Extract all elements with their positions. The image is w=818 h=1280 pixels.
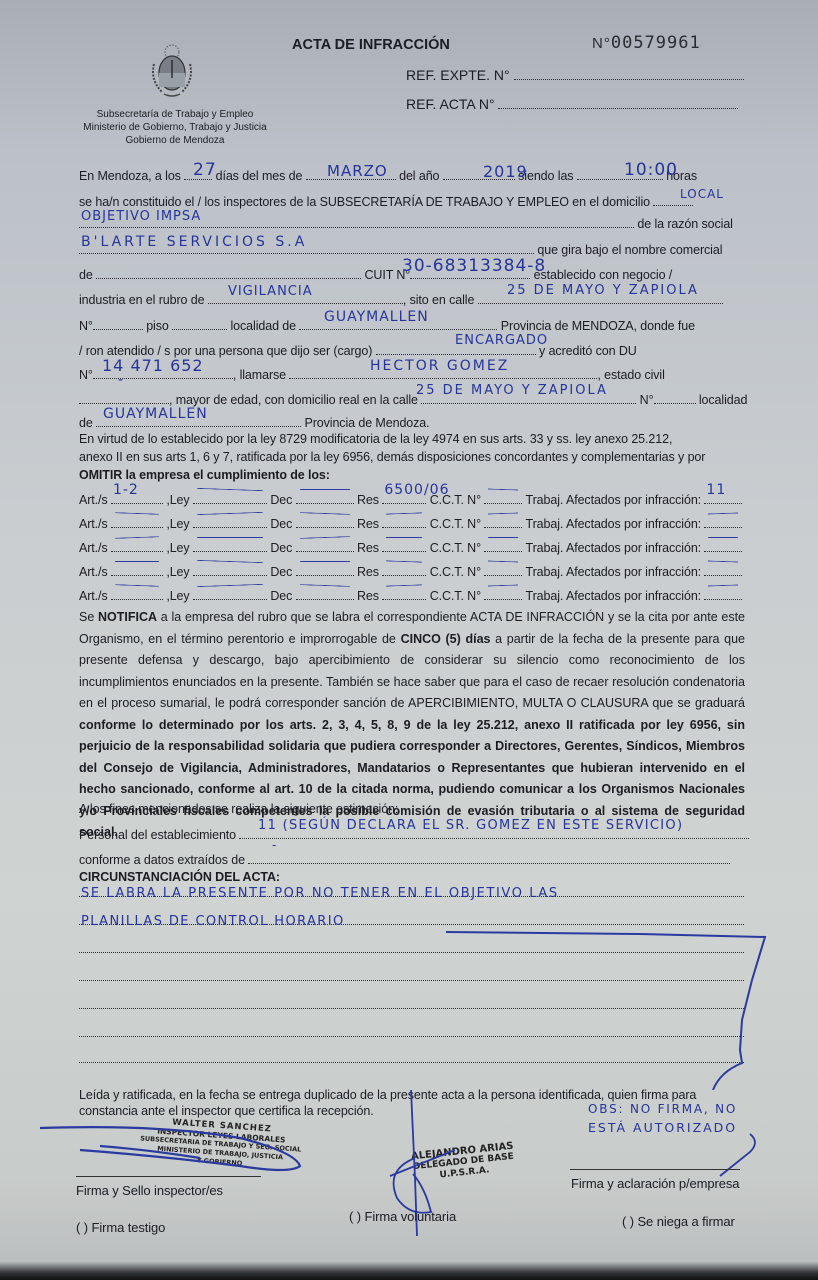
year-value[interactable]: 2019	[483, 162, 528, 181]
company-signature-line	[570, 1169, 740, 1170]
dec-field[interactable]	[296, 563, 354, 579]
company-signature-label: Firma y aclaración p/empresa	[571, 1176, 739, 1191]
cct-field[interactable]	[484, 563, 522, 579]
month-value[interactable]: MARZO	[327, 162, 388, 180]
label-localidad-real: localidad	[699, 393, 747, 407]
label-fuente: conforme a datos extraídos de	[79, 853, 245, 867]
label-personal: Personal del establecimiento	[79, 828, 236, 842]
notice-part-a: Se	[79, 610, 98, 624]
trabaj-field[interactable]	[704, 515, 742, 531]
domicilio-value-2[interactable]: OBJETIVO IMPSA	[81, 209, 201, 224]
label-res: Res	[357, 565, 379, 579]
label-nombre-comercial: que gira bajo el nombre comercial	[537, 243, 722, 257]
label-trabaj: Trabaj. Afectados por infracción:	[526, 565, 702, 579]
label-calle: , sito en calle	[403, 293, 474, 307]
domicilio-value-1[interactable]: LOCAL	[680, 187, 724, 201]
infraction-row: Art./s ,Ley Dec Res C.C.T. N° Trabaj. Af…	[79, 563, 742, 579]
pen-dash-mark	[197, 537, 263, 538]
label-cct: C.C.T. N°	[430, 589, 481, 603]
infraction-row: Art./s ,Ley Dec Res C.C.T. N° Trabaj. Af…	[79, 587, 742, 603]
label-a-los: En Mendoza, a los	[79, 169, 181, 183]
pen-dash-mark	[488, 537, 518, 538]
label-localidad: localidad de	[230, 319, 296, 333]
trabaj-field[interactable]: 11	[704, 491, 742, 507]
nombre-value[interactable]: HECTOR GOMEZ	[370, 358, 509, 374]
pen-dash-mark	[300, 489, 350, 490]
label-dec: Dec	[270, 565, 292, 579]
label-cct: C.C.T. N°	[430, 517, 481, 531]
cuit-line: de CUIT N° establecido con negocio /	[79, 266, 672, 282]
notice-part-b: NOTIFICA	[98, 610, 157, 624]
org-line-3: Gobierno de Mendoza	[70, 134, 280, 147]
ref-expte-label: REF. EXPTE. N°	[406, 67, 510, 83]
label-numero: N°	[79, 319, 93, 333]
label-res: Res	[357, 517, 379, 531]
ref-acta-field[interactable]: REF. ACTA N°	[406, 96, 738, 112]
dec-field[interactable]	[296, 491, 354, 507]
res-field[interactable]: 6500/06	[382, 491, 426, 507]
page-title: ACTA DE INFRACCIÓN	[292, 37, 450, 53]
label-ley: ,Ley	[166, 589, 189, 603]
ley-field[interactable]	[193, 539, 267, 555]
serial-value: 00579961	[611, 33, 701, 53]
label-llamarse: , llamarse	[233, 368, 286, 382]
cct-field[interactable]	[484, 491, 522, 507]
option-se-niega[interactable]: ( ) Se niega a firmar	[622, 1214, 735, 1229]
estado-civil-value[interactable]: -	[118, 372, 124, 388]
ley-field[interactable]	[193, 587, 267, 603]
trabaj-field[interactable]	[704, 563, 742, 579]
infraction-row: Art./s ,Ley Dec Res C.C.T. N° Trabaj. Af…	[79, 515, 742, 531]
arts-field[interactable]	[111, 515, 163, 531]
page-edge-shadow	[0, 1262, 818, 1280]
res-field[interactable]	[382, 563, 426, 579]
serial-prefix: N°	[592, 35, 611, 52]
label-trabaj: Trabaj. Afectados por infracción:	[526, 517, 702, 531]
option-firma-voluntaria[interactable]: ( ) Firma voluntaria	[349, 1209, 456, 1224]
serial-number: N°00579961	[592, 33, 701, 53]
label-razon-social: de la razón social	[637, 217, 732, 231]
cct-field[interactable]	[484, 515, 522, 531]
infraction-row: Art./s 1-2 ,Ley Dec Res 6500/06 C.C.T. N…	[79, 491, 742, 507]
label-res: Res	[357, 589, 379, 603]
cargo-value[interactable]: ENCARGADO	[455, 333, 548, 348]
label-trabaj: Trabaj. Afectados por infracción:	[526, 541, 702, 555]
res-field[interactable]	[382, 539, 426, 555]
trabaj-field[interactable]	[704, 539, 742, 555]
dec-field[interactable]	[296, 515, 354, 531]
label-provincia: Provincia de MENDOZA, donde fue	[501, 319, 695, 333]
localidad-real-value[interactable]: GUAYMALLEN	[103, 406, 208, 422]
label-de: de	[79, 268, 93, 282]
label-du: y acreditó con DU	[539, 344, 637, 358]
label-constituido: se ha/n constituido el / los inspectores…	[79, 195, 650, 209]
constitution-line: se ha/n constituido el / los inspectores…	[79, 193, 693, 209]
label-arts: Art./s	[79, 541, 108, 555]
arts-field[interactable]	[111, 563, 163, 579]
label-ley: ,Ley	[166, 541, 189, 555]
label-mayor-edad: , mayor de edad, con domicilio real en l…	[169, 393, 418, 407]
label-dec: Dec	[270, 517, 292, 531]
razon-social-value[interactable]: B'LARTE SERVICIOS S.A	[81, 234, 307, 250]
label-ley: ,Ley	[166, 493, 189, 507]
day-value[interactable]: 27	[193, 160, 217, 180]
inspector-signature-label: Firma y Sello inspector/es	[76, 1183, 223, 1198]
calle-value[interactable]: 25 DE MAYO Y ZAPIOLA	[507, 283, 699, 298]
label-du-numero: N°	[79, 368, 93, 382]
ley-field[interactable]	[193, 563, 267, 579]
label-arts: Art./s	[79, 589, 108, 603]
org-line-2: Ministerio de Gobierno, Trabajo y Justic…	[70, 121, 280, 134]
trabaj-field[interactable]	[704, 587, 742, 603]
coat-of-arms-icon	[148, 42, 196, 98]
label-domicilio-numero: N°	[640, 393, 654, 407]
label-dias: días del mes de	[216, 169, 303, 183]
time-value[interactable]: 10:00	[624, 160, 678, 180]
label-dec: Dec	[270, 493, 292, 507]
circumstance-text-2[interactable]: PLANILLAS DE CONTROL HORARIO	[81, 914, 345, 929]
circumstances-heading: CIRCUNSTANCIACIÓN DEL ACTA:	[79, 870, 280, 884]
pen-dash-mark	[708, 537, 738, 538]
ref-acta-label: REF. ACTA N°	[406, 96, 495, 112]
label-estado-civil: , estado civil	[597, 368, 664, 382]
label-trabaj: Trabaj. Afectados por infracción:	[526, 589, 702, 603]
dec-field[interactable]	[296, 539, 354, 555]
ley-field[interactable]	[193, 491, 267, 507]
label-arts: Art./s	[79, 517, 108, 531]
legal-text-2: anexo II en sus arts 1, 6 y 7, ratificad…	[79, 450, 705, 464]
fuente-line: conforme a datos extraídos de	[79, 851, 730, 867]
inspector-signature	[40, 1116, 310, 1176]
label-cct: C.C.T. N°	[430, 541, 481, 555]
pen-observation-stroke	[700, 1130, 780, 1180]
pen-dash-mark	[115, 561, 159, 562]
organization-name: Subsecretaría de Trabajo y Empleo Minist…	[70, 108, 280, 147]
trabaj-value: 11	[706, 482, 726, 498]
fuente-value[interactable]: -	[272, 838, 277, 852]
option-firma-testigo[interactable]: ( ) Firma testigo	[76, 1220, 165, 1235]
pen-dash-mark	[300, 561, 350, 562]
label-arts: Art./s	[79, 565, 108, 579]
notice-part-f: CINCO (5) días	[401, 632, 491, 646]
label-provincia-mendoza: Provincia de Mendoza.	[304, 416, 429, 430]
arts-field[interactable]	[111, 587, 163, 603]
label-res: Res	[357, 541, 379, 555]
res-field[interactable]	[382, 587, 426, 603]
legal-text-3: OMITIR la empresa el cumplimiento de los…	[79, 468, 330, 482]
infraction-row: Art./s ,Ley Dec Res C.C.T. N° Trabaj. Af…	[79, 539, 742, 555]
circumstances-heading-text: CIRCUNSTANCIACIÓN DEL ACTA:	[79, 870, 280, 884]
res-field[interactable]	[382, 515, 426, 531]
domicilio-real-value[interactable]: 25 DE MAYO Y ZAPIOLA	[416, 383, 608, 398]
arts-field[interactable]: 1-2	[111, 491, 163, 507]
label-dec: Dec	[270, 541, 292, 555]
legal-text-3-content: OMITIR la empresa el cumplimiento de los…	[79, 468, 330, 482]
label-anio: del año	[399, 169, 439, 183]
pen-closing-stroke	[340, 920, 780, 1090]
label-de-localidad: de	[79, 416, 93, 430]
cuit-value[interactable]: 30-68313384-8	[402, 256, 546, 276]
arts-field[interactable]	[111, 539, 163, 555]
cct-field[interactable]	[484, 539, 522, 555]
label-piso: piso	[146, 319, 169, 333]
date-line: En Mendoza, a los días del mes de del añ…	[79, 167, 697, 183]
observation-line-1[interactable]: OBS: NO FIRMA, NO	[588, 1102, 737, 1116]
notice-part-c: a la empresa del rubro que se labra el c…	[157, 610, 470, 624]
estimation-intro: A los fines mencionados se realiza la si…	[79, 802, 398, 816]
label-dec: Dec	[270, 589, 292, 603]
org-line-1: Subsecretaría de Trabajo y Empleo	[70, 108, 280, 121]
label-ley: ,Ley	[166, 517, 189, 531]
label-arts: Art./s	[79, 493, 108, 507]
pen-dash-mark	[386, 537, 422, 538]
cct-field[interactable]	[484, 587, 522, 603]
label-rubro: industria en el rubro de	[79, 293, 204, 307]
ref-expte-field[interactable]: REF. EXPTE. N°	[406, 67, 744, 83]
label-establecido: establecido con negocio /	[534, 268, 673, 282]
arts-value: 1-2	[113, 482, 139, 498]
res-value: 6500/06	[384, 482, 449, 498]
label-cct: C.C.T. N°	[430, 565, 481, 579]
personal-value[interactable]: 11 (SEGÚN DECLARA EL SR. GOMEZ EN ESTE S…	[258, 818, 683, 833]
inspector-signature-line	[76, 1176, 261, 1177]
ley-field[interactable]	[193, 515, 267, 531]
label-trabaj: Trabaj. Afectados por infracción:	[526, 493, 702, 507]
notice-part-d: ACTA DE INFRACCIÓN	[470, 610, 604, 624]
circumstance-text-1[interactable]: SE LABRA LA PRESENTE POR NO TENER EN EL …	[81, 886, 559, 901]
domicilio-real-line: , mayor de edad, con domicilio real en l…	[79, 391, 747, 407]
label-ley: ,Ley	[166, 565, 189, 579]
legal-text-1: En virtud de lo establecido por la ley 8…	[79, 432, 672, 446]
dec-field[interactable]	[296, 587, 354, 603]
rubro-value[interactable]: VIGILANCIA	[228, 284, 313, 299]
localidad-value[interactable]: GUAYMALLEN	[324, 309, 429, 325]
label-res: Res	[357, 493, 379, 507]
